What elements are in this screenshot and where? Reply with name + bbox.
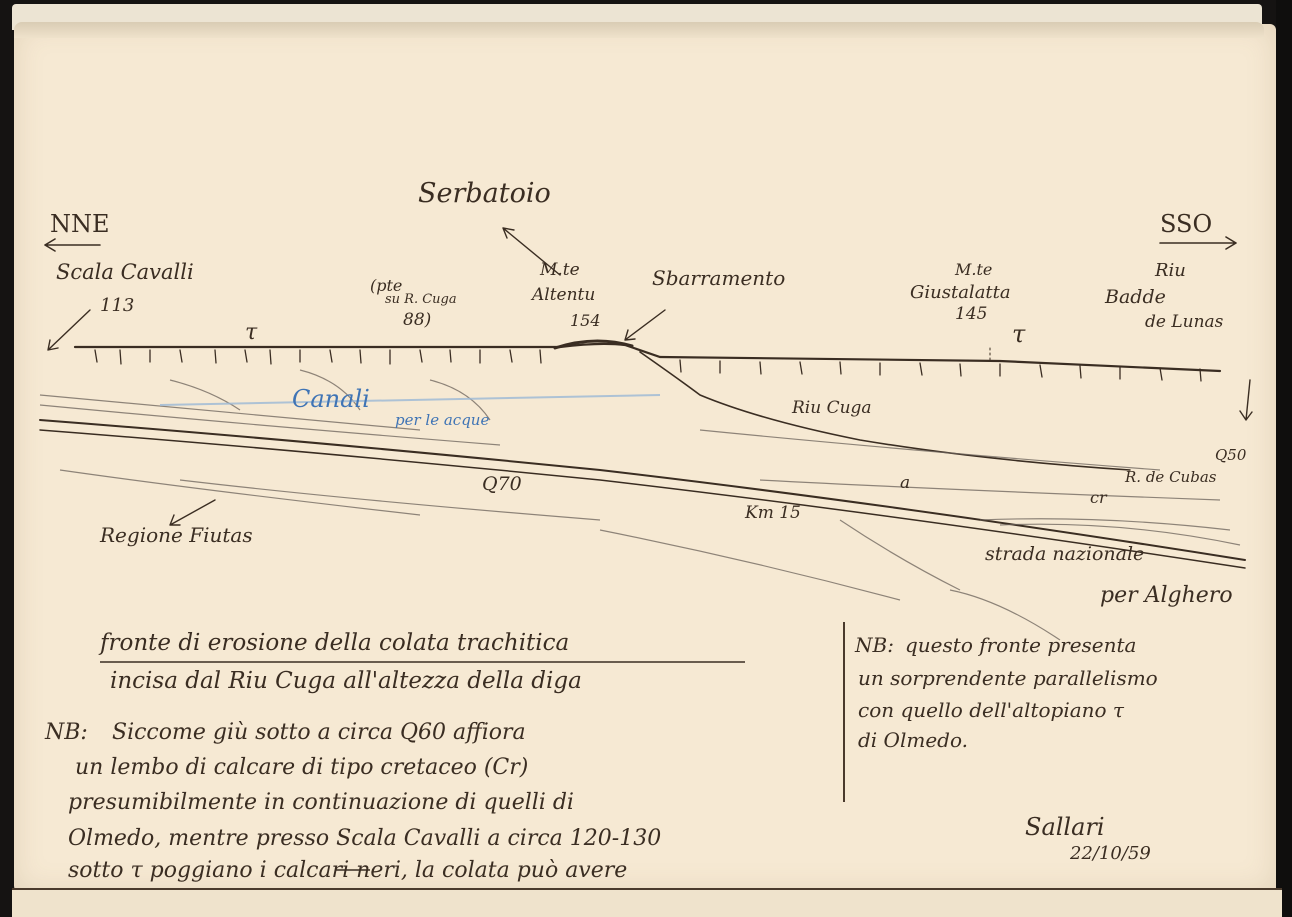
note-left-line-3: presumibilmente in continuazione di quel… (68, 792, 574, 814)
note-left-line-5: sotto τ poggiano i calcari neri, la cola… (68, 860, 627, 882)
label-sbarramento: Sbarramento (652, 268, 785, 288)
label-riu-3: de Lunas (1145, 314, 1223, 331)
note-right-line-2: un sorprendente parallelismo (858, 668, 1158, 688)
note-left-prefix: NB: (45, 722, 88, 744)
note-right-line-4: di Olmedo. (858, 730, 968, 750)
label-mte-altentu-prefix: M.te (540, 262, 580, 279)
caption-line-1: fronte di erosione della colata trachiti… (100, 632, 569, 655)
label-mte-giustalatta-elevation: 145 (955, 306, 987, 323)
label-mte-giustalatta: Giustalatta (910, 284, 1011, 302)
label-a-mark: a (900, 475, 910, 492)
note-right-line-3: con quello dell'altopiano τ (858, 700, 1124, 720)
label-canali-sub: per le acque (395, 413, 489, 428)
label-r-de-cubas: R. de Cubas (1125, 470, 1216, 485)
signature-date: 22/10/59 (1070, 845, 1151, 863)
label-pte-elevation: 88) (403, 312, 431, 329)
label-q70: Q70 (482, 475, 522, 494)
note-divider-line (843, 622, 845, 802)
label-tau-right: τ (1012, 322, 1025, 346)
label-scala-cavalli-elevation: 113 (100, 297, 134, 315)
note-right-prefix: NB: (855, 635, 894, 655)
label-regione-fiutas: Regione Fiutas (100, 525, 253, 545)
caption-line-2: incisa dal Riu Cuga all'altezza della di… (110, 670, 582, 693)
label-mte-giustalatta-prefix: M.te (955, 262, 992, 278)
note-right-line-1: questo fronte presenta (905, 635, 1136, 655)
label-strada-1: strada nazionale (985, 545, 1144, 564)
label-pte-name: su R. Cuga (385, 293, 457, 306)
label-canali: Canali (292, 387, 370, 411)
label-riu-1: Riu (1155, 262, 1186, 280)
signature-name: Sallari (1025, 815, 1105, 839)
note-left-line-4: Olmedo, mentre presso Scala Cavalli a ci… (68, 828, 661, 850)
direction-nne: NNE (50, 212, 110, 236)
label-cr-mark: cr (1090, 490, 1107, 506)
label-mte-altentu: Altentu (532, 287, 595, 304)
label-km15: Km 15 (745, 505, 801, 522)
note-left-line-1: Siccome giù sotto a circa Q60 affiora (112, 722, 526, 744)
label-q50: Q50 (1215, 448, 1246, 463)
title-serbatoio: Serbatoio (418, 180, 551, 207)
direction-sso: SSO (1160, 212, 1212, 236)
label-riu-2: Badde (1105, 288, 1166, 307)
label-mte-altentu-elevation: 154 (570, 313, 601, 329)
next-page-edge (12, 888, 1282, 917)
label-tau-left: τ (245, 322, 257, 344)
label-scala-cavalli: Scala Cavalli (56, 262, 194, 283)
note-left-line-2: un lembo di calcare di tipo cretaceo (Cr… (75, 757, 528, 779)
label-riu-cuga: Riu Cuga (792, 400, 872, 417)
label-strada-2: per Alghero (1100, 585, 1233, 607)
